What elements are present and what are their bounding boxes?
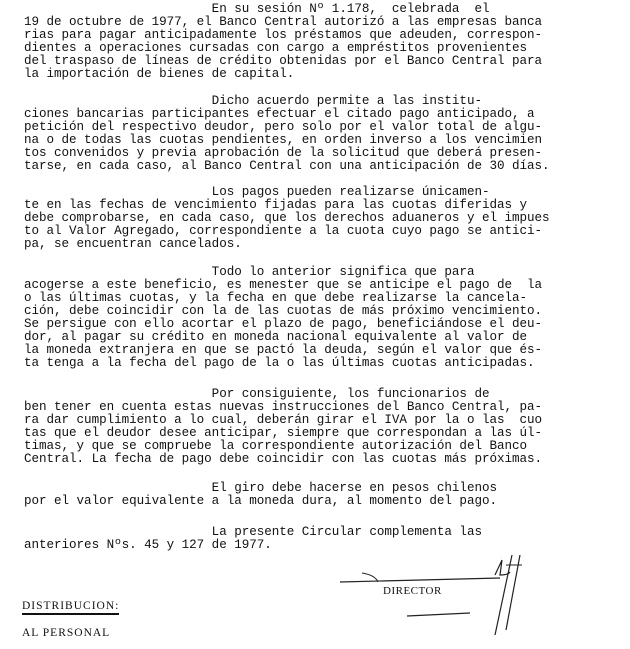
signature-scribble-icon: [330, 555, 530, 649]
text-line: la importación de bienes de capital.: [24, 68, 294, 81]
text-line: anteriores Nºs. 45 y 127 de 1977.: [24, 539, 272, 552]
text-line: ta tenga a la fecha del pago de la o las…: [24, 357, 535, 370]
text-line: Central. La fecha de pago debe coincidir…: [24, 453, 542, 466]
distribution-heading: DISTRIBUCION:: [22, 600, 119, 615]
text-line: pa, se encuentran cancelados.: [24, 238, 242, 251]
text-line: por el valor equivalente a la moneda dur…: [24, 495, 497, 508]
signature-title: DIRECTOR: [383, 585, 442, 597]
text-line: tarse, en cada caso, al Banco Central co…: [24, 160, 550, 173]
distribution-recipient: AL PERSONAL: [22, 627, 110, 639]
